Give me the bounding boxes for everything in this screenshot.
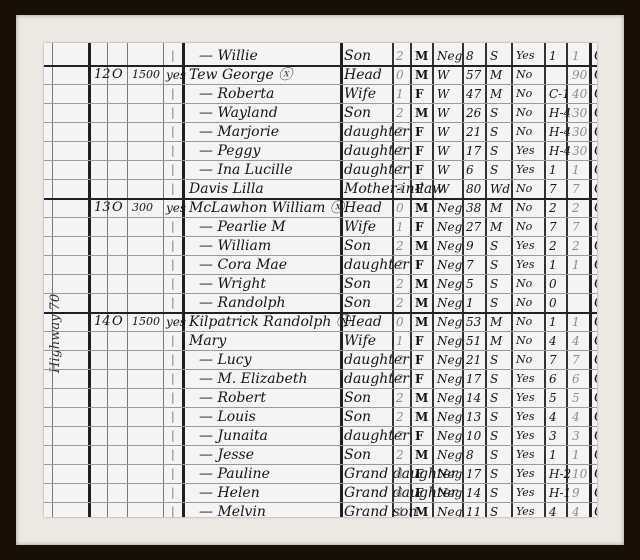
person-name: — Cora Mae xyxy=(199,255,287,274)
education-code: 90 xyxy=(572,65,587,84)
sex: F xyxy=(415,464,424,483)
birthplace: Ca xyxy=(594,502,597,517)
education-code: 30 xyxy=(572,141,587,160)
grade: H-4 xyxy=(549,141,571,160)
age: 17 xyxy=(466,369,481,388)
marital-status: M xyxy=(490,217,502,236)
sex: F xyxy=(415,179,424,198)
age: 11 xyxy=(466,502,481,517)
grade: 4 xyxy=(549,331,557,350)
age: 17 xyxy=(466,464,481,483)
race: Neg xyxy=(437,407,462,426)
age: 13 xyxy=(466,407,481,426)
relationship-code: 1 xyxy=(396,217,404,236)
marital-status: S xyxy=(490,426,498,445)
grade: 3 xyxy=(549,426,557,445)
table-row: Davis LillaMother-in-law3FW80WdNo77Ca| xyxy=(44,179,597,200)
age: 7 xyxy=(466,255,474,274)
relationship-code: 2 xyxy=(396,445,404,464)
sex: M xyxy=(415,46,428,65)
education-code: 7 xyxy=(572,179,580,198)
grade: H-1 xyxy=(549,483,571,502)
education-code: 30 xyxy=(572,122,587,141)
relationship-code: 2 xyxy=(396,46,404,65)
birthplace: Ca xyxy=(594,350,597,369)
relationship: Son xyxy=(344,46,371,65)
table-row: — RobertaWife1FW47MNoC-140Ca| xyxy=(44,84,597,104)
relationship-code: 2 xyxy=(396,407,404,426)
tally-mark: | xyxy=(171,103,175,122)
sex: M xyxy=(415,293,428,312)
table-row: — WrightSon2MNeg5SNo0Ca| xyxy=(44,274,597,294)
sex: F xyxy=(415,331,424,350)
race: Neg xyxy=(437,236,462,255)
age: 8 xyxy=(466,46,474,65)
school-attendance: No xyxy=(516,293,532,312)
grade: H-4 xyxy=(549,103,571,122)
education-code: 4 xyxy=(572,331,580,350)
birthplace: Ca xyxy=(594,122,597,141)
education-code: 1 xyxy=(572,160,580,179)
education-code: 30 xyxy=(572,103,587,122)
person-name: — Willie xyxy=(199,46,258,65)
age: 1 xyxy=(466,293,474,312)
race: Neg xyxy=(437,217,462,236)
person-name: Davis Lilla xyxy=(189,179,264,198)
race: Neg xyxy=(437,483,462,502)
age: 27 xyxy=(466,217,481,236)
grade: 2 xyxy=(549,198,557,217)
marital-status: S xyxy=(490,255,498,274)
school-attendance: Yes xyxy=(516,407,534,426)
table-row: 12O1500yesTew George ⓧHead0MW57MNo90Ca xyxy=(44,65,597,85)
grade: 6 xyxy=(549,369,557,388)
age: 10 xyxy=(466,426,481,445)
education-code: 7 xyxy=(572,217,580,236)
birthplace: Ca xyxy=(594,236,597,255)
tally-mark: | xyxy=(171,331,175,350)
school-attendance: No xyxy=(516,312,532,331)
race: Neg xyxy=(437,388,462,407)
relationship-code: 2 xyxy=(396,103,404,122)
person-name: — Ina Lucille xyxy=(199,160,293,179)
table-row: — HelenGrand daughter4FNeg14SYesH-19Ca| xyxy=(44,483,597,503)
tally-mark: | xyxy=(171,445,175,464)
sex: M xyxy=(415,65,428,84)
farm-flag: yes xyxy=(166,198,186,217)
marital-status: S xyxy=(490,369,498,388)
school-attendance: Yes xyxy=(516,483,534,502)
tally-mark: | xyxy=(171,388,175,407)
birthplace: Ca xyxy=(594,426,597,445)
relationship: Son xyxy=(344,103,371,122)
table-row: 13O300yesMcLawhon William ⓧHead0MNeg38MN… xyxy=(44,198,597,218)
person-name: — Jesse xyxy=(199,445,254,464)
grade: H-2 xyxy=(549,464,571,483)
tally-mark: | xyxy=(171,293,175,312)
sex: F xyxy=(415,255,424,274)
person-name: — Robert xyxy=(199,388,266,407)
education-code: 4 xyxy=(572,502,580,517)
grade: 1 xyxy=(549,255,557,274)
sex: F xyxy=(415,160,424,179)
table-row: — RobertSon2MNeg14SYes55Ca| xyxy=(44,388,597,408)
relationship: Son xyxy=(344,445,371,464)
relationship-code: 3 xyxy=(396,179,404,198)
person-name: Kilpatrick Randolph ⓧ xyxy=(189,312,350,331)
tally-mark: | xyxy=(171,84,175,103)
school-attendance: No xyxy=(516,274,532,293)
relationship: Wife xyxy=(344,217,376,236)
relationship-code: 2 xyxy=(396,236,404,255)
age: 38 xyxy=(466,198,481,217)
education-code: 4 xyxy=(572,407,580,426)
person-name: — Lucy xyxy=(199,350,252,369)
grade: 1 xyxy=(549,160,557,179)
age: 57 xyxy=(466,65,481,84)
relationship: Wife xyxy=(344,84,376,103)
age: 51 xyxy=(466,331,481,350)
school-attendance: No xyxy=(516,350,532,369)
person-name: — Junaita xyxy=(199,426,268,445)
race: Neg xyxy=(437,502,462,517)
person-name: — Roberta xyxy=(199,84,274,103)
school-attendance: Yes xyxy=(516,502,534,517)
relationship-code: 4 xyxy=(396,483,404,502)
grade: 4 xyxy=(549,502,557,517)
age: 21 xyxy=(466,122,481,141)
dwelling-number: 13 xyxy=(94,198,111,217)
age: 80 xyxy=(466,179,481,198)
school-attendance: Yes xyxy=(516,141,534,160)
birthplace: Ca xyxy=(594,388,597,407)
relationship: Son xyxy=(344,236,371,255)
birthplace: Ca xyxy=(594,255,597,274)
education-code: 1 xyxy=(572,445,580,464)
birthplace: Ca xyxy=(594,141,597,160)
marital-status: S xyxy=(490,293,498,312)
tally-mark: | xyxy=(171,369,175,388)
relationship-code: 0 xyxy=(396,312,404,331)
birthplace: Ca xyxy=(594,483,597,502)
tally-mark: | xyxy=(171,464,175,483)
school-attendance: No xyxy=(516,331,532,350)
relationship: Son xyxy=(344,407,371,426)
education-code: 3 xyxy=(572,426,580,445)
relationship-code: 1 xyxy=(396,331,404,350)
person-name: — M. Elizabeth xyxy=(199,369,307,388)
person-name: — Randolph xyxy=(199,293,286,312)
table-row: — WilliamSon2MNeg9SYes22Ca| xyxy=(44,236,597,256)
relationship-code: 4 xyxy=(396,464,404,483)
tally-mark: | xyxy=(171,483,175,502)
relationship: Head xyxy=(344,65,382,84)
relationship-code: 2 xyxy=(396,160,404,179)
education-code: 2 xyxy=(572,198,580,217)
race: Neg xyxy=(437,426,462,445)
race: W xyxy=(437,65,449,84)
race: Neg xyxy=(437,464,462,483)
sex: M xyxy=(415,236,428,255)
birthplace: Ca xyxy=(594,407,597,426)
birthplace: Ca xyxy=(594,369,597,388)
sex: F xyxy=(415,483,424,502)
table-row: — WaylandSon2MW26SNoH-430Ca| xyxy=(44,103,597,123)
person-name: Mary xyxy=(189,331,226,350)
race: Neg xyxy=(437,350,462,369)
relationship-code: 0 xyxy=(396,198,404,217)
person-name: — Melvin xyxy=(199,502,266,517)
table-row: — RandolphSon2MNeg1SNo0Ca| xyxy=(44,293,597,314)
relationship: Son xyxy=(344,274,371,293)
relationship-code: 4 xyxy=(396,502,404,517)
birthplace: Ca xyxy=(594,46,597,65)
person-name: — Peggy xyxy=(199,141,260,160)
relationship-code: 2 xyxy=(396,122,404,141)
relationship: Son xyxy=(344,388,371,407)
marital-status: S xyxy=(490,502,498,517)
marital-status: M xyxy=(490,65,502,84)
race: W xyxy=(437,103,449,122)
birthplace: Ca xyxy=(594,84,597,103)
sex: M xyxy=(415,407,428,426)
grade: 7 xyxy=(549,179,557,198)
tally-mark: | xyxy=(171,46,175,65)
grade: 0 xyxy=(549,274,557,293)
grade: H-4 xyxy=(549,122,571,141)
education-code: 2 xyxy=(572,236,580,255)
marital-status: S xyxy=(490,388,498,407)
birthplace: Ca xyxy=(594,198,597,217)
marital-status: S xyxy=(490,464,498,483)
grade: 7 xyxy=(549,350,557,369)
tally-mark: | xyxy=(171,255,175,274)
tally-mark: | xyxy=(171,426,175,445)
race: Neg xyxy=(437,274,462,293)
race: Neg xyxy=(437,331,462,350)
marital-status: S xyxy=(490,46,498,65)
grade: 7 xyxy=(549,217,557,236)
marital-status: S xyxy=(490,445,498,464)
birthplace: Ca xyxy=(594,179,597,198)
marital-status: M xyxy=(490,312,502,331)
school-attendance: No xyxy=(516,103,532,122)
person-name: — William xyxy=(199,236,271,255)
marital-status: S xyxy=(490,407,498,426)
education-code: 1 xyxy=(572,255,580,274)
person-name: — Helen xyxy=(199,483,260,502)
marital-status: S xyxy=(490,274,498,293)
tally-mark: | xyxy=(171,160,175,179)
table-row: — Marjoriedaughter2FW21SNoH-430Ca| xyxy=(44,122,597,142)
age: 9 xyxy=(466,236,474,255)
table-row: — PaulineGrand daughter4FNeg17SYesH-210C… xyxy=(44,464,597,484)
grade: 4 xyxy=(549,407,557,426)
school-attendance: Yes xyxy=(516,255,534,274)
age: 8 xyxy=(466,445,474,464)
relationship: Head xyxy=(344,198,382,217)
birthplace: Ca xyxy=(594,217,597,236)
marital-status: M xyxy=(490,331,502,350)
marital-status: Wd xyxy=(490,179,510,198)
home-owned: O xyxy=(112,312,123,331)
sex: M xyxy=(415,388,428,407)
school-attendance: No xyxy=(516,198,532,217)
marital-status: S xyxy=(490,160,498,179)
relationship-code: 2 xyxy=(396,369,404,388)
table-row: — Cora Maedaughter2FNeg7SYes11Ca| xyxy=(44,255,597,275)
age: 14 xyxy=(466,483,481,502)
birthplace: Ca xyxy=(594,464,597,483)
tally-mark: | xyxy=(171,274,175,293)
table-row: — Pearlie MWife1FNeg27MNo77Ca| xyxy=(44,217,597,237)
education-code: 1 xyxy=(572,46,580,65)
grade: 2 xyxy=(549,236,557,255)
grade: 1 xyxy=(549,46,557,65)
school-attendance: Yes xyxy=(516,160,534,179)
person-name: — Wayland xyxy=(199,103,278,122)
education-code: 5 xyxy=(572,388,580,407)
school-attendance: No xyxy=(516,84,532,103)
education-code: 10 xyxy=(572,464,587,483)
birthplace: Ca xyxy=(594,445,597,464)
sex: F xyxy=(415,217,424,236)
farm-flag: yes xyxy=(166,65,186,84)
table-row: — Lucydaughter2FNeg21SNo77Ca| xyxy=(44,350,597,370)
grade: 1 xyxy=(549,445,557,464)
race: W xyxy=(437,179,449,198)
race: Neg xyxy=(437,255,462,274)
tally-mark: | xyxy=(171,407,175,426)
school-attendance: No xyxy=(516,122,532,141)
marital-status: S xyxy=(490,483,498,502)
table-row: — M. Elizabethdaughter2FNeg17SYes66Ca| xyxy=(44,369,597,389)
age: 5 xyxy=(466,274,474,293)
age: 21 xyxy=(466,350,481,369)
birthplace: Ca xyxy=(594,331,597,350)
age: 14 xyxy=(466,388,481,407)
person-name: — Marjorie xyxy=(199,122,279,141)
grade: 1 xyxy=(549,312,557,331)
grade: 0 xyxy=(549,293,557,312)
relationship-code: 2 xyxy=(396,274,404,293)
sex: M xyxy=(415,103,428,122)
birthplace: Ca xyxy=(594,274,597,293)
relationship-code: 2 xyxy=(396,426,404,445)
school-attendance: Yes xyxy=(516,464,534,483)
sex: F xyxy=(415,426,424,445)
marital-status: S xyxy=(490,236,498,255)
education-code: 1 xyxy=(572,312,580,331)
marital-status: M xyxy=(490,84,502,103)
relationship-code: 2 xyxy=(396,293,404,312)
marital-status: M xyxy=(490,198,502,217)
tally-mark: | xyxy=(171,502,175,517)
person-name: Tew George ⓧ xyxy=(189,65,292,84)
race: W xyxy=(437,160,449,179)
tally-mark: | xyxy=(171,141,175,160)
school-attendance: Yes xyxy=(516,46,534,65)
table-row: — LouisSon2MNeg13SYes44Ca| xyxy=(44,407,597,427)
relationship: Wife xyxy=(344,331,376,350)
tally-mark: | xyxy=(171,350,175,369)
education-code: 7 xyxy=(572,350,580,369)
age: 17 xyxy=(466,141,481,160)
grade: C-1 xyxy=(549,84,570,103)
person-name: McLawhon William ⓧ xyxy=(189,198,344,217)
table-row: MaryWife1FNeg51MNo44Ca| xyxy=(44,331,597,351)
relationship-code: 1 xyxy=(396,84,404,103)
race: W xyxy=(437,122,449,141)
education-code: 6 xyxy=(572,369,580,388)
home-value: 1500 xyxy=(132,65,160,84)
school-attendance: No xyxy=(516,65,532,84)
sex: M xyxy=(415,312,428,331)
race: Neg xyxy=(437,198,462,217)
race: Neg xyxy=(437,369,462,388)
dwelling-number: 14 xyxy=(94,312,111,331)
sex: F xyxy=(415,141,424,160)
education-code: 40 xyxy=(572,84,587,103)
home-value: 300 xyxy=(132,198,153,217)
sex: F xyxy=(415,122,424,141)
tally-mark: | xyxy=(171,236,175,255)
relationship: Mother-in-law xyxy=(344,179,444,198)
school-attendance: No xyxy=(516,179,532,198)
home-owned: O xyxy=(112,198,123,217)
school-attendance: Yes xyxy=(516,369,534,388)
table-row: — WillieSon2MNeg8SYes11Ca| xyxy=(44,46,597,67)
marital-status: S xyxy=(490,141,498,160)
tally-mark: | xyxy=(171,179,175,198)
relationship-code: 0 xyxy=(396,65,404,84)
birthplace: Ca xyxy=(594,312,597,331)
person-name: — Louis xyxy=(199,407,256,426)
age: 47 xyxy=(466,84,481,103)
relationship: Head xyxy=(344,312,382,331)
sex: F xyxy=(415,350,424,369)
relationship-code: 2 xyxy=(396,350,404,369)
table-row: — Peggydaughter2FW17SYesH-430Ca| xyxy=(44,141,597,161)
education-code: 9 xyxy=(572,483,580,502)
age: 26 xyxy=(466,103,481,122)
school-attendance: No xyxy=(516,217,532,236)
relationship-code: 2 xyxy=(396,141,404,160)
tally-mark: | xyxy=(171,122,175,141)
relationship-code: 2 xyxy=(396,388,404,407)
school-attendance: Yes xyxy=(516,445,534,464)
tally-mark: | xyxy=(171,217,175,236)
home-owned: O xyxy=(112,65,123,84)
person-name: — Pearlie M xyxy=(199,217,286,236)
school-attendance: Yes xyxy=(516,388,534,407)
birthplace: Ca xyxy=(594,65,597,84)
marital-status: S xyxy=(490,350,498,369)
home-value: 1500 xyxy=(132,312,160,331)
relationship-code: 2 xyxy=(396,255,404,274)
table-row: — Ina Lucilledaughter2FW6SYes11Ca| xyxy=(44,160,597,180)
grade: 5 xyxy=(549,388,557,407)
race: Neg xyxy=(437,46,462,65)
race: Neg xyxy=(437,293,462,312)
sex: F xyxy=(415,369,424,388)
race: W xyxy=(437,141,449,160)
race: Neg xyxy=(437,312,462,331)
age: 6 xyxy=(466,160,474,179)
marital-status: S xyxy=(490,122,498,141)
table-row: — MelvinGrand son4MNeg11SYes44Ca| xyxy=(44,502,597,517)
birthplace: Ca xyxy=(594,103,597,122)
